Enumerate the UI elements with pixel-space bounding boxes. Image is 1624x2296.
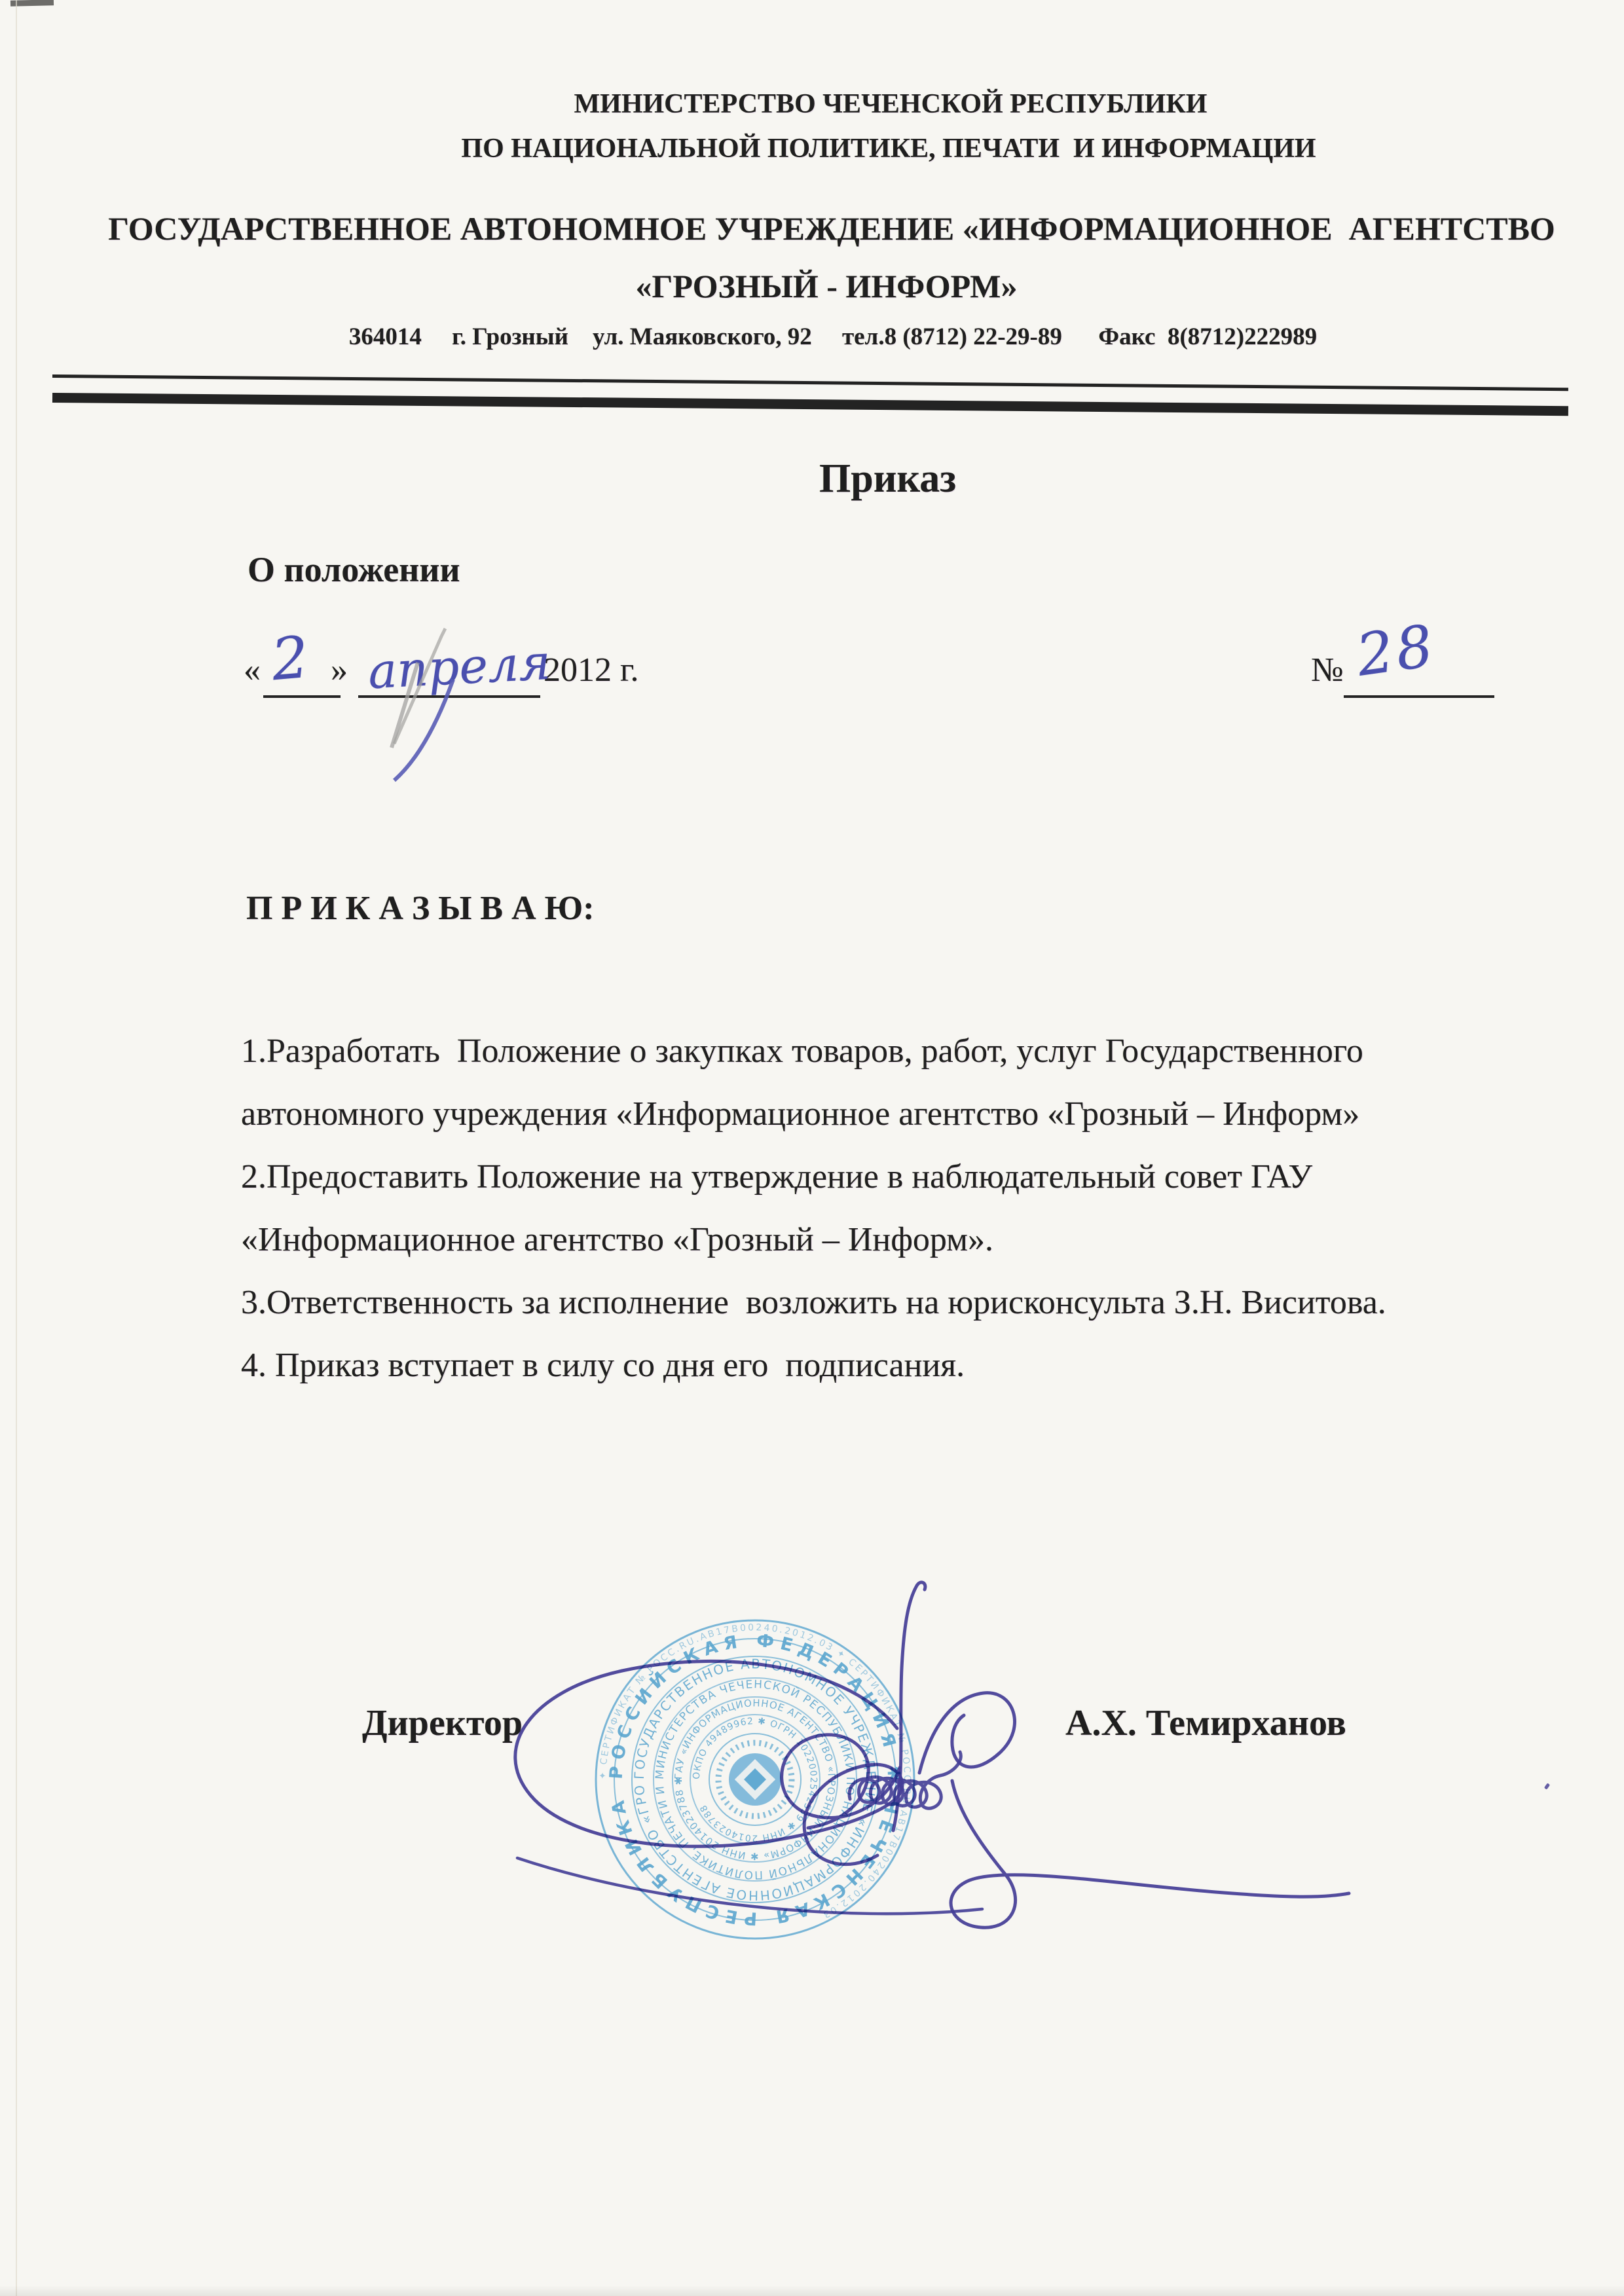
order-item-line: 4. Приказ вступает в силу со дня его под… bbox=[241, 1349, 1386, 1412]
number-underline bbox=[1344, 695, 1494, 698]
pencil-stroke bbox=[392, 663, 418, 748]
date-open-quote: « bbox=[244, 653, 261, 687]
ink-descender bbox=[394, 680, 453, 780]
document-title: Приказ bbox=[819, 458, 956, 499]
signature-stroke bbox=[782, 1735, 900, 1828]
signature-flourish bbox=[919, 1693, 1349, 1928]
organization-name-line2: «ГРОЗНЫЙ - ИНФОРМ» bbox=[636, 270, 1018, 302]
order-item-line: 3.Ответственность за исполнение возложит… bbox=[241, 1286, 1386, 1349]
number-sign: № bbox=[1311, 653, 1344, 687]
handwritten-day: 2 bbox=[269, 629, 310, 689]
order-body: 1.Разработать Положение о закупках товар… bbox=[241, 1034, 1386, 1412]
order-item-line: «Информационное агентство «Грозный – Инф… bbox=[241, 1223, 1386, 1286]
date-close-quote: » bbox=[331, 653, 348, 687]
signature-stroke bbox=[515, 1661, 902, 1864]
letterhead-rule-thin bbox=[52, 374, 1568, 391]
contact-info-line: 364014 г. Грозный ул. Маяковского, 92 те… bbox=[349, 325, 1317, 349]
ink-speck bbox=[1544, 1783, 1550, 1789]
letterhead-rule-thick bbox=[52, 393, 1568, 416]
date-day-underline bbox=[263, 695, 341, 698]
scan-edge-line bbox=[16, 0, 17, 2296]
scan-edge-shadow bbox=[0, 2286, 1624, 2296]
handwritten-number: 28 bbox=[1353, 617, 1439, 685]
ministry-name-line2: ПО НАЦИОНАЛЬНОЙ ПОЛИТИКЕ, ПЕЧАТИ И ИНФОР… bbox=[461, 135, 1316, 162]
order-item-line: 2.Предоставить Положение на утверждение … bbox=[241, 1160, 1386, 1223]
document-subject: О положении bbox=[248, 552, 460, 587]
month-pen-pencil-marks bbox=[354, 609, 576, 825]
signature-underline-sweep bbox=[517, 1858, 982, 1914]
pencil-stroke bbox=[394, 629, 445, 744]
decree-word: П Р И К А З Ы В А Ю: bbox=[246, 892, 595, 926]
scanned-order-page: МИНИСТЕРСТВО ЧЕЧЕНСКОЙ РЕСПУБЛИКИ ПО НАЦ… bbox=[0, 0, 1624, 2296]
director-signature bbox=[295, 1493, 1408, 1990]
order-item-line: автономного учреждения «Информационное а… bbox=[241, 1097, 1386, 1160]
organization-name-line1: ГОСУДАРСТВЕННОЕ АВТОНОМНОЕ УЧРЕЖДЕНИЕ «И… bbox=[108, 212, 1555, 245]
order-item-line: 1.Разработать Положение о закупках товар… bbox=[241, 1034, 1386, 1097]
ministry-name-line1: МИНИСТЕРСТВО ЧЕЧЕНСКОЙ РЕСПУБЛИКИ bbox=[574, 90, 1208, 118]
